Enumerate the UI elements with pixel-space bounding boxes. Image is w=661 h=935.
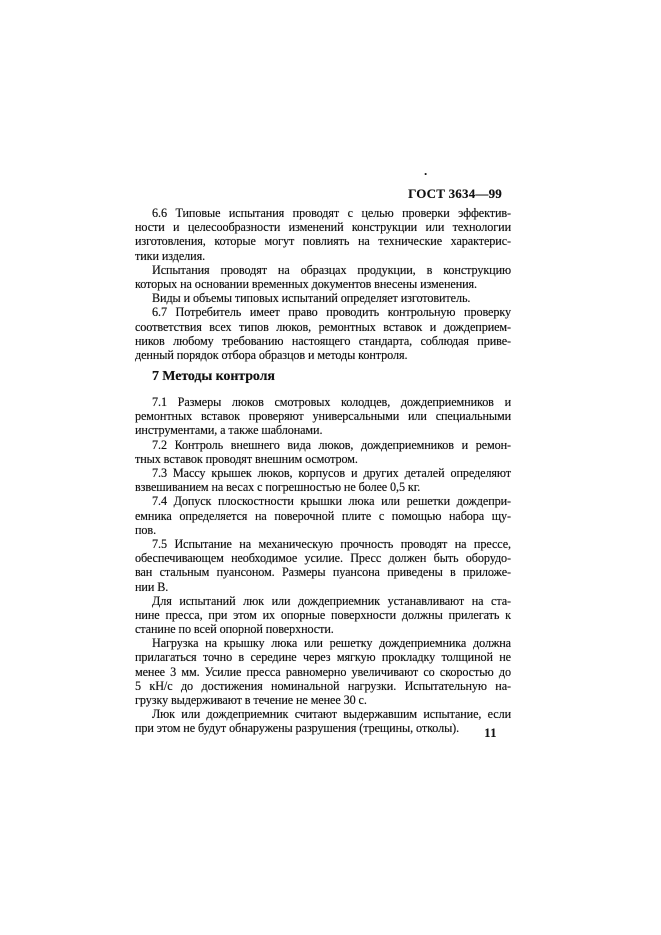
paragraph: 6.6 Типовые испытания проводят с целью п… (135, 206, 511, 263)
text-line: Люк или дождеприемник считают выдержавши… (135, 707, 511, 721)
section-heading: 7 Методы контроля (135, 368, 511, 386)
paragraph: Виды и объемы типовых испытаний определя… (135, 291, 511, 305)
text-line: денный порядок отбора образцов и методы … (135, 348, 511, 362)
paragraph: Нагрузка на крышку люка или решетку дожд… (135, 636, 511, 707)
text-line: ности и целесообразности изменений конст… (135, 220, 511, 234)
paragraph: 7.4 Допуск плоскостности крышки люка или… (135, 494, 511, 537)
text-line: Нагрузка на крышку люка или решетку дожд… (135, 636, 511, 650)
text-line: которых на основании временных документо… (135, 277, 511, 291)
text-line: нине пресса, при этом их опорные поверхн… (135, 608, 511, 622)
text-line: ников любому требованию настоящего станд… (135, 334, 511, 348)
paragraph: 6.7 Потребитель имеет право проводить ко… (135, 305, 511, 362)
paragraph: Для испытаний люк или дождеприемник уста… (135, 594, 511, 637)
text-line: взвешиванием на весах с погрешностью не … (135, 480, 511, 494)
text-line: соответствия всех типов люков, ремонтных… (135, 320, 511, 334)
text-line: 5 кН/с до достижения номинальной нагрузк… (135, 679, 511, 693)
text-line: 7.4 Допуск плоскостности крышки люка или… (135, 494, 511, 508)
text-line: Для испытаний люк или дождеприемник уста… (135, 594, 511, 608)
paragraph: 7.5 Испытание на механическую прочность … (135, 537, 511, 594)
text-line: Испытания проводят на образцах продукции… (135, 263, 511, 277)
text-line: тики изделия. (135, 249, 511, 263)
text-line: нии В. (135, 580, 511, 594)
text-line: прилагаться точно в середине через мягку… (135, 650, 511, 664)
text-line: инструментами, а также шаблонами. (135, 423, 511, 437)
text-line: ремонтных вставок проверяют универсальны… (135, 409, 511, 423)
paragraph: 7.1 Размеры люков смотровых колодцев, до… (135, 395, 511, 438)
text-line: емника определяется на поверочной плите … (135, 509, 511, 523)
text-line: станине по всей опорной поверхности. (135, 622, 511, 636)
paragraph: 7.3 Массу крышек люков, корпусов и други… (135, 466, 511, 494)
text-line: 6.7 Потребитель имеет право проводить ко… (135, 305, 511, 319)
text-line: 7.5 Испытание на механическую прочность … (135, 537, 511, 551)
document-code-header: ГОСТ 3634—99 (135, 186, 502, 202)
text-line: ван стальным пуансоном. Размеры пуансона… (135, 565, 511, 579)
text-line: менее 3 мм. Усилие пресса равномерно уве… (135, 665, 511, 679)
paragraph: Испытания проводят на образцах продукции… (135, 263, 511, 291)
text-line: 6.6 Типовые испытания проводят с целью п… (135, 206, 511, 220)
page-number: 11 (135, 726, 497, 741)
document-page: . ГОСТ 3634—99 6.6 Типовые испытания про… (0, 0, 661, 935)
text-line: 7.2 Контроль внешнего вида люков, дождеп… (135, 438, 511, 452)
text-line: обеспечивающем необходимое усилие. Пресс… (135, 551, 511, 565)
stray-dot-mark: . (424, 163, 427, 179)
text-line: тных вставок проводят внешним осмотром. (135, 452, 511, 466)
text-line: грузку выдерживают в течение не менее 30… (135, 693, 511, 707)
text-line: 7.1 Размеры люков смотровых колодцев, до… (135, 395, 511, 409)
text-line: изготовления, которые могут повлиять на … (135, 234, 511, 248)
paragraph: 7.2 Контроль внешнего вида люков, дождеп… (135, 438, 511, 466)
document-body: 6.6 Типовые испытания проводят с целью п… (135, 206, 511, 736)
text-line: Виды и объемы типовых испытаний определя… (135, 291, 511, 305)
text-line: 7.3 Массу крышек люков, корпусов и други… (135, 466, 511, 480)
text-line: пов. (135, 523, 511, 537)
